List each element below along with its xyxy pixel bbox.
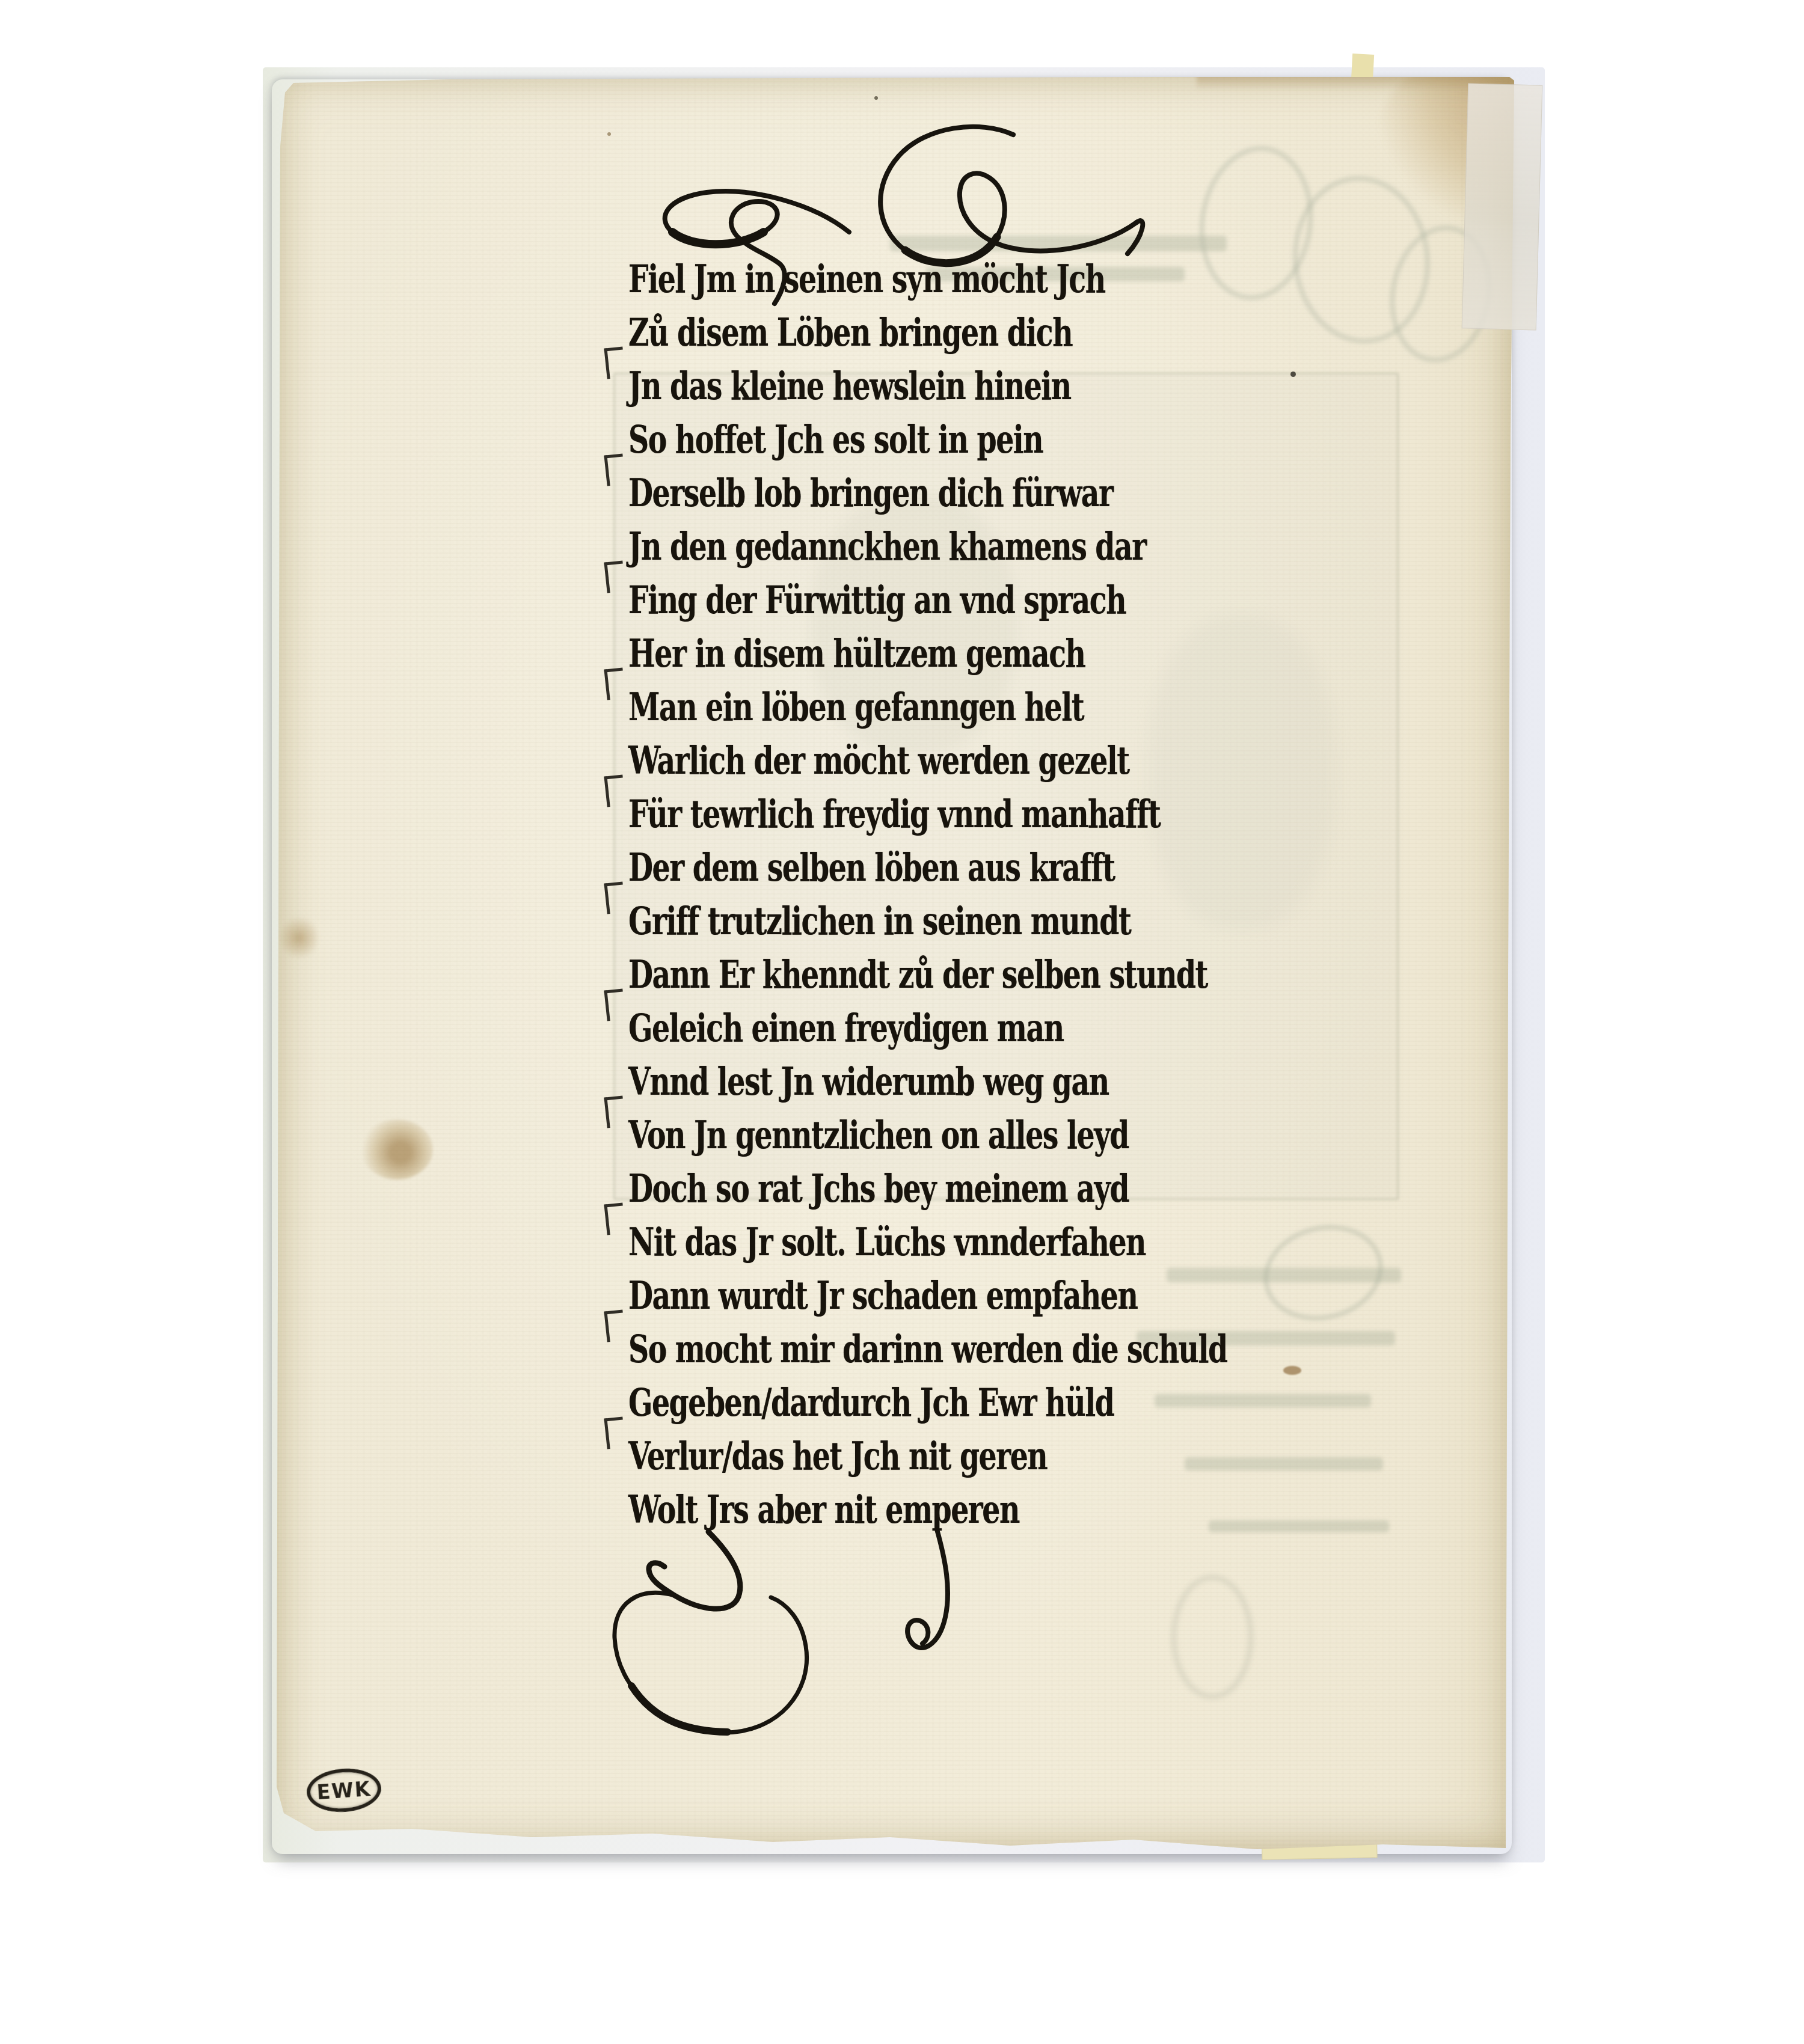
poem-line: Man ein löben gefanngen helt	[628, 685, 1438, 738]
quad-mark	[604, 668, 625, 700]
poem-line-text: Jn das kleine hewslein hinein	[628, 364, 1071, 409]
photo-canvas: Fiel Jm in seinen syn möcht Jch Zů disem…	[0, 0, 1804, 2044]
quad-mark	[604, 1203, 625, 1235]
poem-line-text: Wolt Jrs aber nit emperen	[628, 1487, 1019, 1532]
poem-line-text: Man ein löben gefanngen helt	[628, 685, 1084, 730]
poem-line-text: Her in disem hültzem gemach	[628, 631, 1085, 676]
poem-line: Geleich einen freydigen man	[628, 1006, 1438, 1059]
ink-speck	[874, 96, 878, 100]
poem-text-block: Fiel Jm in seinen syn möcht Jch Zů disem…	[628, 257, 1438, 1541]
poem-line: Griff trutzlichen in seinen mundt	[628, 899, 1438, 952]
poem-line: Fiel Jm in seinen syn möcht Jch	[628, 257, 1438, 310]
poem-line: Derselb lob bringen dich fürwar	[628, 471, 1438, 524]
poem-line: Für tewrlich freydig vnnd manhafft	[628, 792, 1438, 845]
quad-mark	[604, 882, 625, 914]
poem-line: Vnnd lest Jn widerumb weg gan	[628, 1059, 1438, 1113]
poem-line-text: Der dem selben löben aus krafft	[628, 845, 1115, 890]
poem-line-text: Doch so rat Jchs bey meinem ayd	[628, 1166, 1129, 1211]
poem-line-text: Warlich der möcht werden gezelt	[628, 738, 1129, 783]
quad-mark	[604, 1310, 625, 1342]
quad-mark	[604, 1417, 625, 1449]
poem-line: Nit das Jr solt. Lüchs vnnderfahen	[628, 1220, 1438, 1273]
poem-line: Verlur/das het Jch nit geren	[628, 1434, 1438, 1487]
corner-stain	[1377, 50, 1582, 231]
poem-line-text: Jn den gedannckhen khamens dar	[628, 524, 1146, 569]
poem-line: Der dem selben löben aus krafft	[628, 845, 1438, 899]
poem-line-text: Fing der Fürwittig an vnd sprach	[628, 578, 1126, 623]
poem-line: Doch so rat Jchs bey meinem ayd	[628, 1166, 1438, 1220]
poem-line: Gegeben/dardurch Jch Ewr hüld	[628, 1380, 1438, 1434]
poem-line: Zů disem Löben bringen dich	[628, 310, 1438, 364]
poem-line-text: Von Jn genntzlichen on alles leyd	[628, 1113, 1129, 1158]
poem-line-text: Für tewrlich freydig vnnd manhafft	[628, 792, 1160, 837]
poem-line-text: Zů disem Löben bringen dich	[628, 310, 1072, 355]
quad-mark	[604, 454, 625, 486]
ink-speck	[607, 132, 611, 136]
collector-stamp: EWK	[305, 1766, 383, 1814]
poem-line: Fing der Fürwittig an vnd sprach	[628, 578, 1438, 631]
poem-line: Warlich der möcht werden gezelt	[628, 738, 1438, 792]
quad-mark	[604, 989, 625, 1021]
poem-line-text: Griff trutzlichen in seinen mundt	[628, 899, 1131, 944]
poem-line-text: Gegeben/dardurch Jch Ewr hüld	[628, 1380, 1114, 1425]
foxing-stain	[361, 1119, 433, 1180]
poem-line: Jn den gedannckhen khamens dar	[628, 524, 1438, 578]
poem-line: Her in disem hültzem gemach	[628, 631, 1438, 685]
manuscript-page: Fiel Jm in seinen syn möcht Jch Zů disem…	[271, 75, 1515, 1854]
quad-mark	[604, 347, 625, 379]
poem-line: Jn das kleine hewslein hinein	[628, 364, 1438, 417]
poem-line: Dann wurdt Jr schaden empfahen	[628, 1273, 1438, 1327]
poem-line-text: So hoffet Jch es solt in pein	[628, 417, 1043, 462]
poem-line-text: Nit das Jr solt. Lüchs vnnderfahen	[628, 1220, 1146, 1265]
poem-line-text: Fiel Jm in seinen syn möcht Jch	[628, 257, 1105, 302]
show-through-heading-line	[890, 236, 1227, 251]
poem-line-text: Verlur/das het Jch nit geren	[628, 1434, 1047, 1479]
poem-line: So hoffet Jch es solt in pein	[628, 417, 1438, 471]
poem-line-text: Vnnd lest Jn widerumb weg gan	[628, 1059, 1109, 1104]
collector-stamp-label: EWK	[316, 1776, 372, 1804]
foxing-stain	[279, 915, 319, 961]
poem-line-text: So mocht mir darinn werden die schuld	[628, 1327, 1227, 1372]
quad-mark	[604, 775, 625, 807]
poem-line: So mocht mir darinn werden die schuld	[628, 1327, 1438, 1380]
poem-line: Wolt Jrs aber nit emperen	[628, 1487, 1438, 1541]
poem-line: Dann Er khenndt zů der selben stundt	[628, 952, 1438, 1006]
poem-line-text: Dann Er khenndt zů der selben stundt	[628, 952, 1207, 997]
bottom-calligraphic-flourish	[615, 1529, 948, 1733]
show-through-flourish	[1171, 1575, 1253, 1699]
poem-line-text: Geleich einen freydigen man	[628, 1006, 1064, 1051]
poem-line: Von Jn genntzlichen on alles leyd	[628, 1113, 1438, 1166]
quad-mark	[604, 1096, 625, 1128]
poem-line-text: Derselb lob bringen dich fürwar	[628, 471, 1113, 516]
quad-mark	[604, 561, 625, 593]
poem-line-text: Dann wurdt Jr schaden empfahen	[628, 1273, 1137, 1318]
